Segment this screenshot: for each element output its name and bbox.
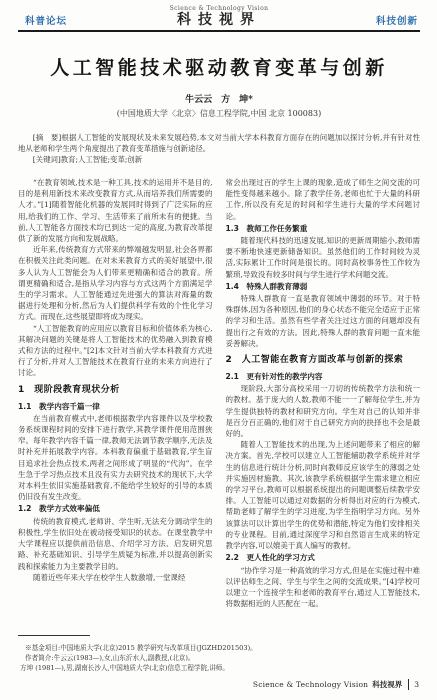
section-heading-2: 2 人工智能在教育方面改革与创新的探索 <box>226 354 421 367</box>
footnotes-block: ※基金项目:中国地质大学(北京)2015 教学研究与改革项目(JGZHD2015… <box>18 643 420 673</box>
paragraph: 现阶段,大部分高校采用一刀切的传统教学方法和统一的教材。基于庞大的人数,教师不能… <box>226 383 421 439</box>
journal-title-english: Science & Technology Vision <box>18 5 420 12</box>
subsection-heading-1-2: 1.2 教学方式效率偏低 <box>18 503 213 514</box>
footer-journal-chinese: 科技视界 <box>372 679 402 690</box>
paragraph-continuation: 常会出现过百的学生上课的现象,造成了师生之间交流的可能性变得越来越小。除了教学任… <box>226 177 421 222</box>
paragraph: 随着现代科技的迅速发展,知识的更新周期缩小,教师需要不断地快速更新储备知识。虽然… <box>226 235 421 280</box>
right-column: 常会出现过百的学生上课的现象,造成了师生之间交流的可能性变得越来越小。除了教学任… <box>226 177 421 627</box>
journal-title-chinese: 科技视界 <box>18 12 420 28</box>
column-label-right: 科技创新 <box>376 13 418 27</box>
paragraph: “协作学习是一种高效的学习方式,但是在实施过程中难以评估师生之间、学生与学生之间… <box>226 565 421 610</box>
subsection-heading-1-3: 1.3 教师工作任务繁重 <box>226 223 421 234</box>
paragraph: 传统的教育模式,老师讲、学生听,无法充分调动学生的积极性,学生依旧处在被动接受知… <box>18 516 213 572</box>
footnote-author-bio-2: 方坤 (1981—),男,湖南长沙人,中国地质大学(北京)信息工程学院,讲师。 <box>18 663 420 673</box>
paragraph: “人工智能教育的应用应以教育目标和价值体系为核心,其解决问题的关键是将人工智能技… <box>18 323 213 379</box>
paragraph: 随着人工智能技术的出现,为上述问题带来了相应的解决方案。首先,学校可以建立人工智… <box>226 439 421 551</box>
footer-divider <box>408 679 409 690</box>
affiliation-line: (中国地质大学〈北京〉信息工程学院,中国 北京 100083) <box>18 108 420 119</box>
journal-page: Science & Technology Vision 科技视界 科普论坛 科技… <box>0 0 437 700</box>
paragraph: “在教育领域,技术是一种工具,技术的运用并不是目的,目的是利用新技术来改变教育方… <box>18 177 213 244</box>
footnote-divider <box>18 635 90 636</box>
subsection-heading-1-4: 1.4 特殊人群教育薄弱 <box>226 281 421 292</box>
subsection-heading-2-2: 2.2 更人性化的学习方式 <box>226 552 421 563</box>
page-footer: Science & Technology Vision 科技视界 3 <box>253 679 419 690</box>
paragraph: 随着近些年来大学在校学生人数激增,一堂课经 <box>18 572 213 583</box>
abstract-text: [摘 要]根据人工智能的发展现状及未来发展趋势,本文对当前大学本科教育方面存在的… <box>18 132 420 154</box>
header-divider <box>18 30 420 32</box>
page-number: 3 <box>414 680 419 689</box>
left-column: “在教育领域,技术是一种工具,技术的运用并不是目的,目的是利用新技术来改变教育方… <box>18 177 213 627</box>
footer-journal-english: Science & Technology Vision <box>253 680 368 689</box>
subsection-heading-2-1: 2.1 更有针对性的教学内容 <box>226 371 421 382</box>
body-columns: “在教育领域,技术是一种工具,技术的运用并不是目的,目的是利用新技术来改变教育方… <box>18 177 420 627</box>
paragraph: 特殊人群教育一直是教育领域中薄弱的环节。对于特殊群体,因为各种原因,他们的身心状… <box>226 293 421 349</box>
paragraph: 近年来,传统教育方式带来的弊端越发明显,社会各界都在积极关注此类问题。在对未来教… <box>18 244 213 322</box>
section-heading-1: 1 现阶段教育现状分析 <box>18 384 213 397</box>
subsection-heading-1-1: 1.1 教学内容千篇一律 <box>18 401 213 412</box>
footnote-fund-project: ※基金项目:中国地质大学(北京)2015 教学研究与改革项目(JGZHD2015… <box>18 643 420 653</box>
article-title: 人工智能技术驱动教育变革与创新 <box>18 56 420 80</box>
paragraph: 在当前教育模式中,老师根据教学内容课件以及学校教务系统课程时间的安排下进行教学,… <box>18 413 213 503</box>
keywords-text: [关键词]教育;人工智能;变革;创新 <box>18 154 420 165</box>
footnote-author-bio-1: 作者简介:牛云云(1983—),女,山东沂水人,副教授,(北京)。 <box>18 653 420 663</box>
column-label-left: 科普论坛 <box>25 13 67 27</box>
masthead: Science & Technology Vision 科技视界 科普论坛 科技… <box>18 5 420 28</box>
authors-line: 牛云云 方 坤* <box>18 92 420 105</box>
abstract-block: [摘 要]根据人工智能的发展现状及未来发展趋势,本文对当前大学本科教育方面存在的… <box>18 132 420 165</box>
